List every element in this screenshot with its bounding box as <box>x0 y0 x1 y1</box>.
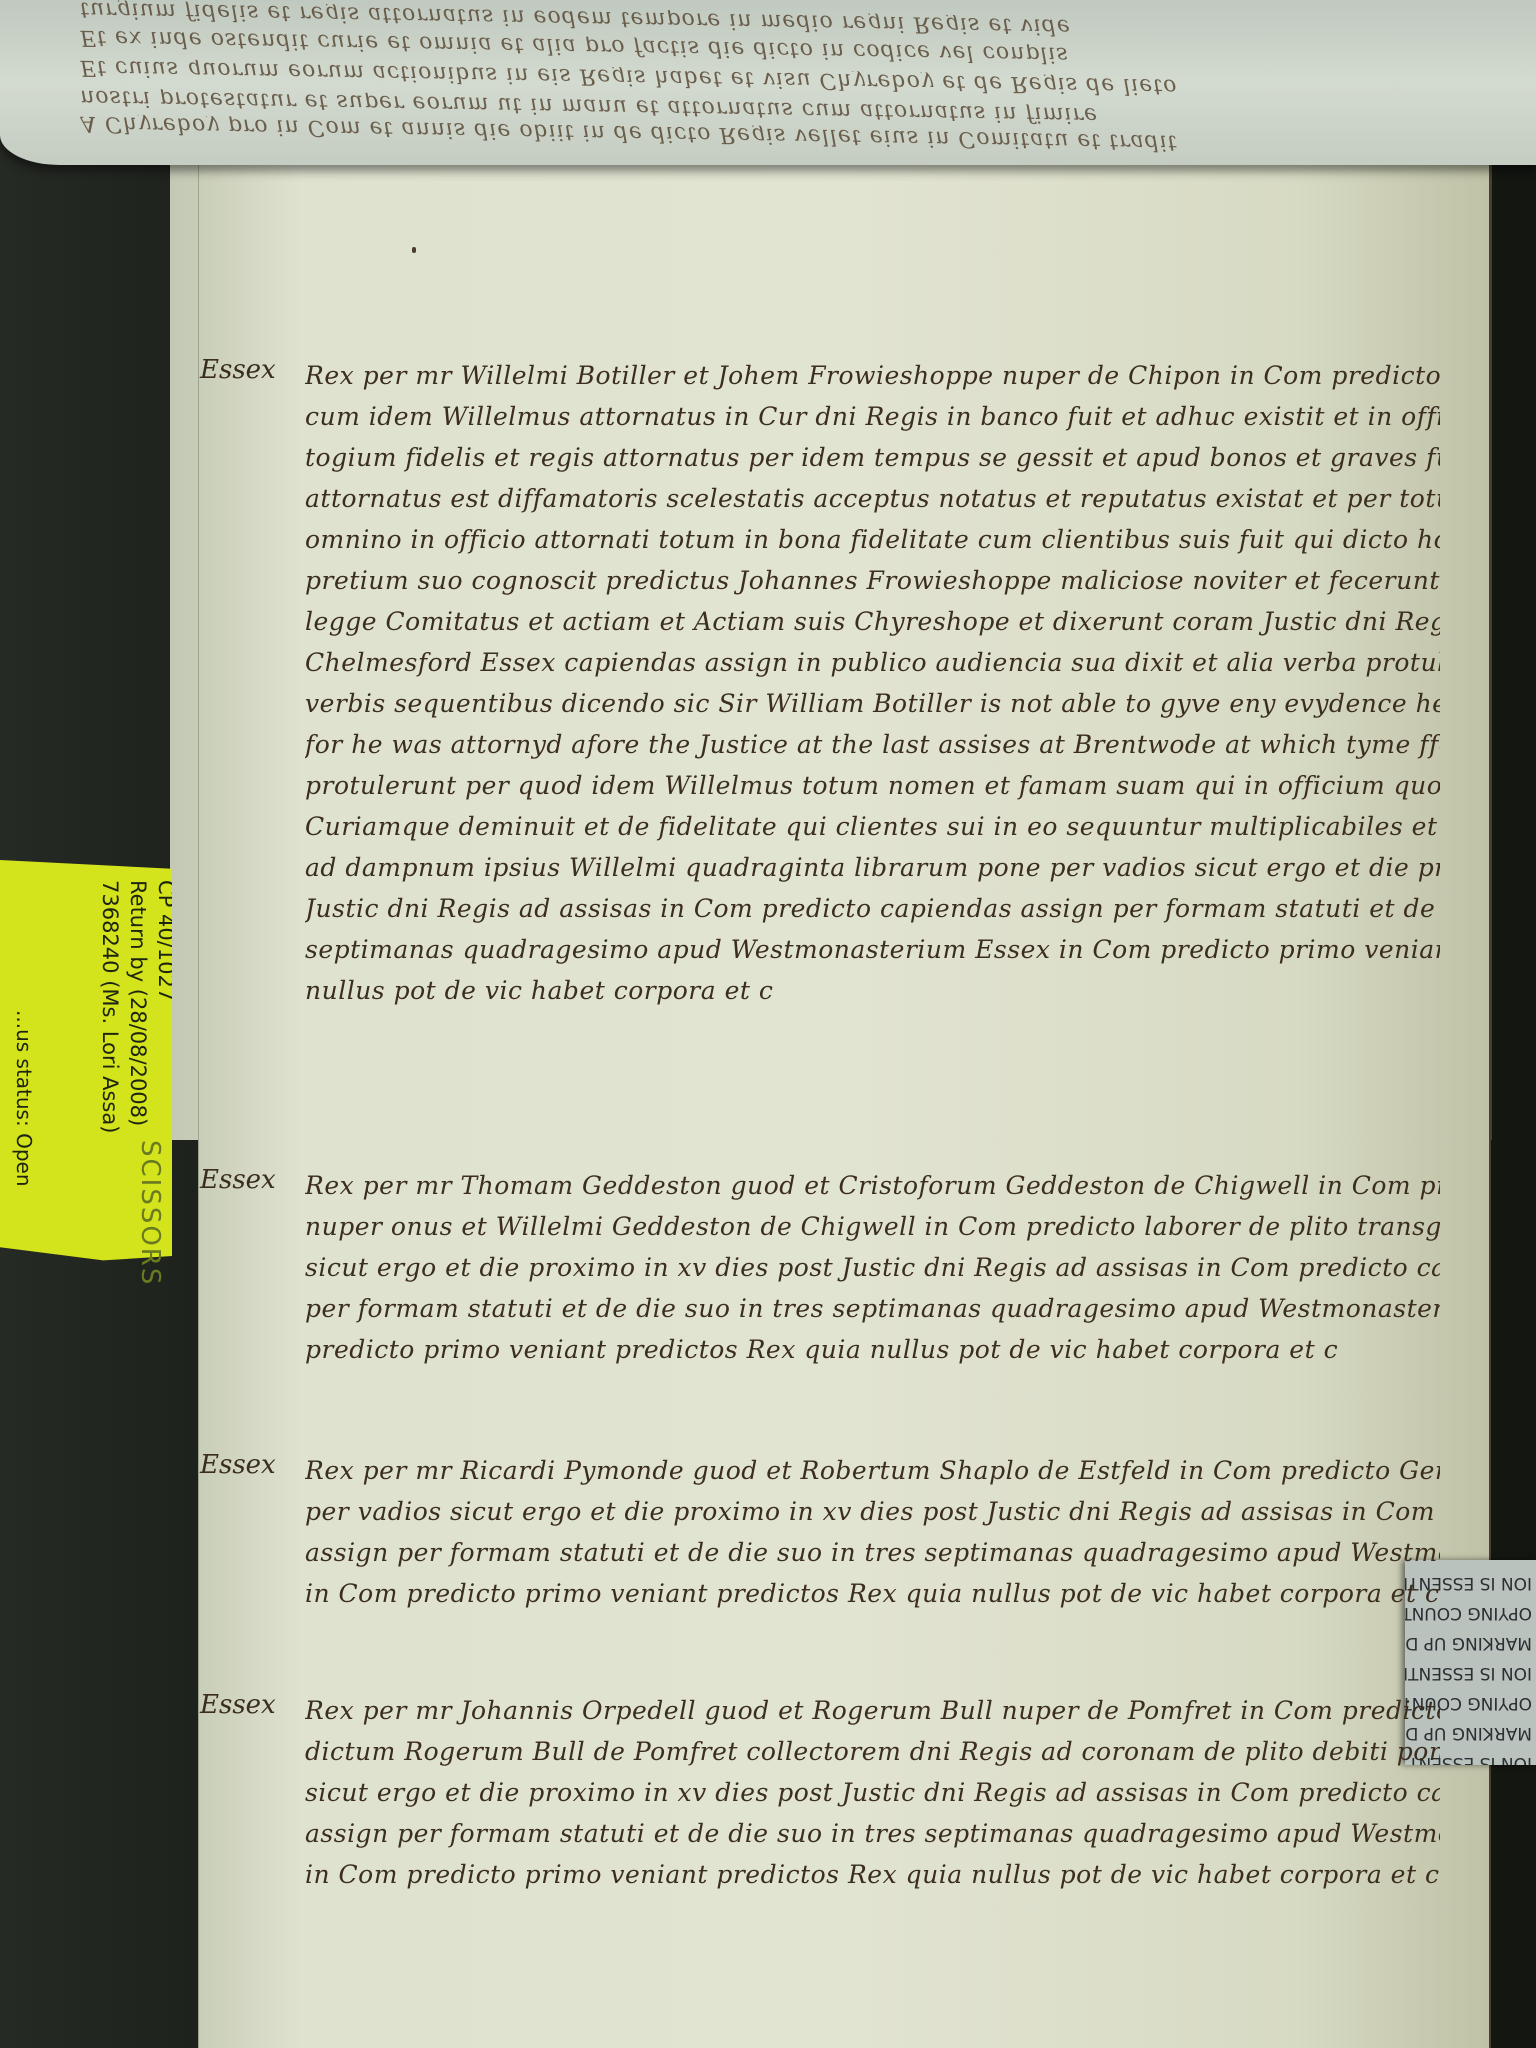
roll-entry-4: Essex Rex per mr Johannis Orpedell guod … <box>200 1690 1460 1910</box>
entry-line: pretium suo cognoscit predictus Johannes… <box>305 560 1440 601</box>
handwritten-note: SCISSORS <box>135 1140 165 1286</box>
entry-text: Rex per mr Willelmi Botiller et Johem Fr… <box>305 355 1440 1011</box>
entry-line: Rex per mr Thomam Geddeston guod et Cris… <box>305 1165 1440 1206</box>
ink-spot <box>412 247 416 253</box>
entry-line: assign per formam statuti et de die suo … <box>305 1813 1440 1854</box>
entry-line: sicut ergo et die proximo in xv dies pos… <box>305 1772 1440 1813</box>
entry-line: sicut ergo et die proximo in xv dies pos… <box>305 1247 1440 1288</box>
entry-text: Rex per mr Thomam Geddeston guod et Cris… <box>305 1165 1440 1370</box>
entry-line: nuper onus et Willelmi Geddeston de Chig… <box>305 1206 1440 1247</box>
entry-line: nullus pot de vic habet corpora et c <box>305 970 1440 1011</box>
entry-line: ad dampnum ipsius Willelmi quadraginta l… <box>305 847 1440 888</box>
roll-entry-1: Essex Rex per mr Willelmi Botiller et Jo… <box>200 355 1460 1095</box>
entry-line: predicto primo veniant predictos Rex qui… <box>305 1329 1440 1370</box>
entry-text: Rex per mr Ricardi Pymonde guod et Rober… <box>305 1450 1440 1614</box>
roll-entry-3: Essex Rex per mr Ricardi Pymonde guod et… <box>200 1450 1460 1640</box>
entry-line: septimanas quadragesimo apud Westmonaste… <box>305 929 1440 970</box>
county-margin-note: Essex <box>200 1165 270 1195</box>
county-margin-note: Essex <box>200 1450 270 1480</box>
entry-line: omnino in officio attornati totum in bon… <box>305 519 1440 560</box>
entry-line: Curiamque deminuit et de fidelitate qui … <box>305 806 1440 847</box>
entry-text: Rex per mr Johannis Orpedell guod et Rog… <box>305 1690 1440 1895</box>
reader-ticket: 7368240 (Ms. Lori Assa) <box>96 880 124 1300</box>
entry-line: verbis sequentibus dicendo sic Sir Willi… <box>305 683 1440 724</box>
entry-line: Chelmesford Essex capiendas assign in pu… <box>305 642 1440 683</box>
entry-line: Rex per mr Johannis Orpedell guod et Rog… <box>305 1690 1440 1731</box>
entry-line: Justic dni Regis ad assisas in Com predi… <box>305 888 1440 929</box>
entry-line: legge Comitatus et actiam et Actiam suis… <box>305 601 1440 642</box>
entry-line: in Com predicto primo veniant predictos … <box>305 1573 1440 1614</box>
county-margin-note: Essex <box>200 1690 270 1720</box>
label-status: ...us status: Open <box>12 1010 36 1187</box>
entry-line: cum idem Willelmus attornatus in Cur dni… <box>305 396 1440 437</box>
entry-line: togium fidelis et regis attornatus per i… <box>305 437 1440 478</box>
entry-line: per formam statuti et de die suo in tres… <box>305 1288 1440 1329</box>
rolled-membrane: turgium fidelis et regis attornatus in e… <box>0 0 1536 165</box>
entry-line: per vadios sicut ergo et die proximo in … <box>305 1491 1440 1532</box>
county-margin-note: Essex <box>200 355 270 385</box>
entry-line: protulerunt per quod idem Willelmus totu… <box>305 765 1440 806</box>
entry-line: in Com predicto primo veniant predictos … <box>305 1854 1440 1895</box>
entry-line: dictum Rogerum Bull de Pomfret collector… <box>305 1731 1440 1772</box>
roll-entry-2: Essex Rex per mr Thomam Geddeston guod e… <box>200 1165 1460 1395</box>
entry-line: for he was attornyd afore the Justice at… <box>305 724 1440 765</box>
entry-line: attornatus est diffamatoris scelestatis … <box>305 478 1440 519</box>
entry-line: Rex per mr Ricardi Pymonde guod et Rober… <box>305 1450 1440 1491</box>
entry-line: assign per formam statuti et de die suo … <box>305 1532 1440 1573</box>
notice-line: ION IS ESSENTIAL <box>1409 1658 1532 1688</box>
entry-line: Rex per mr Willelmi Botiller et Johem Fr… <box>305 355 1440 396</box>
